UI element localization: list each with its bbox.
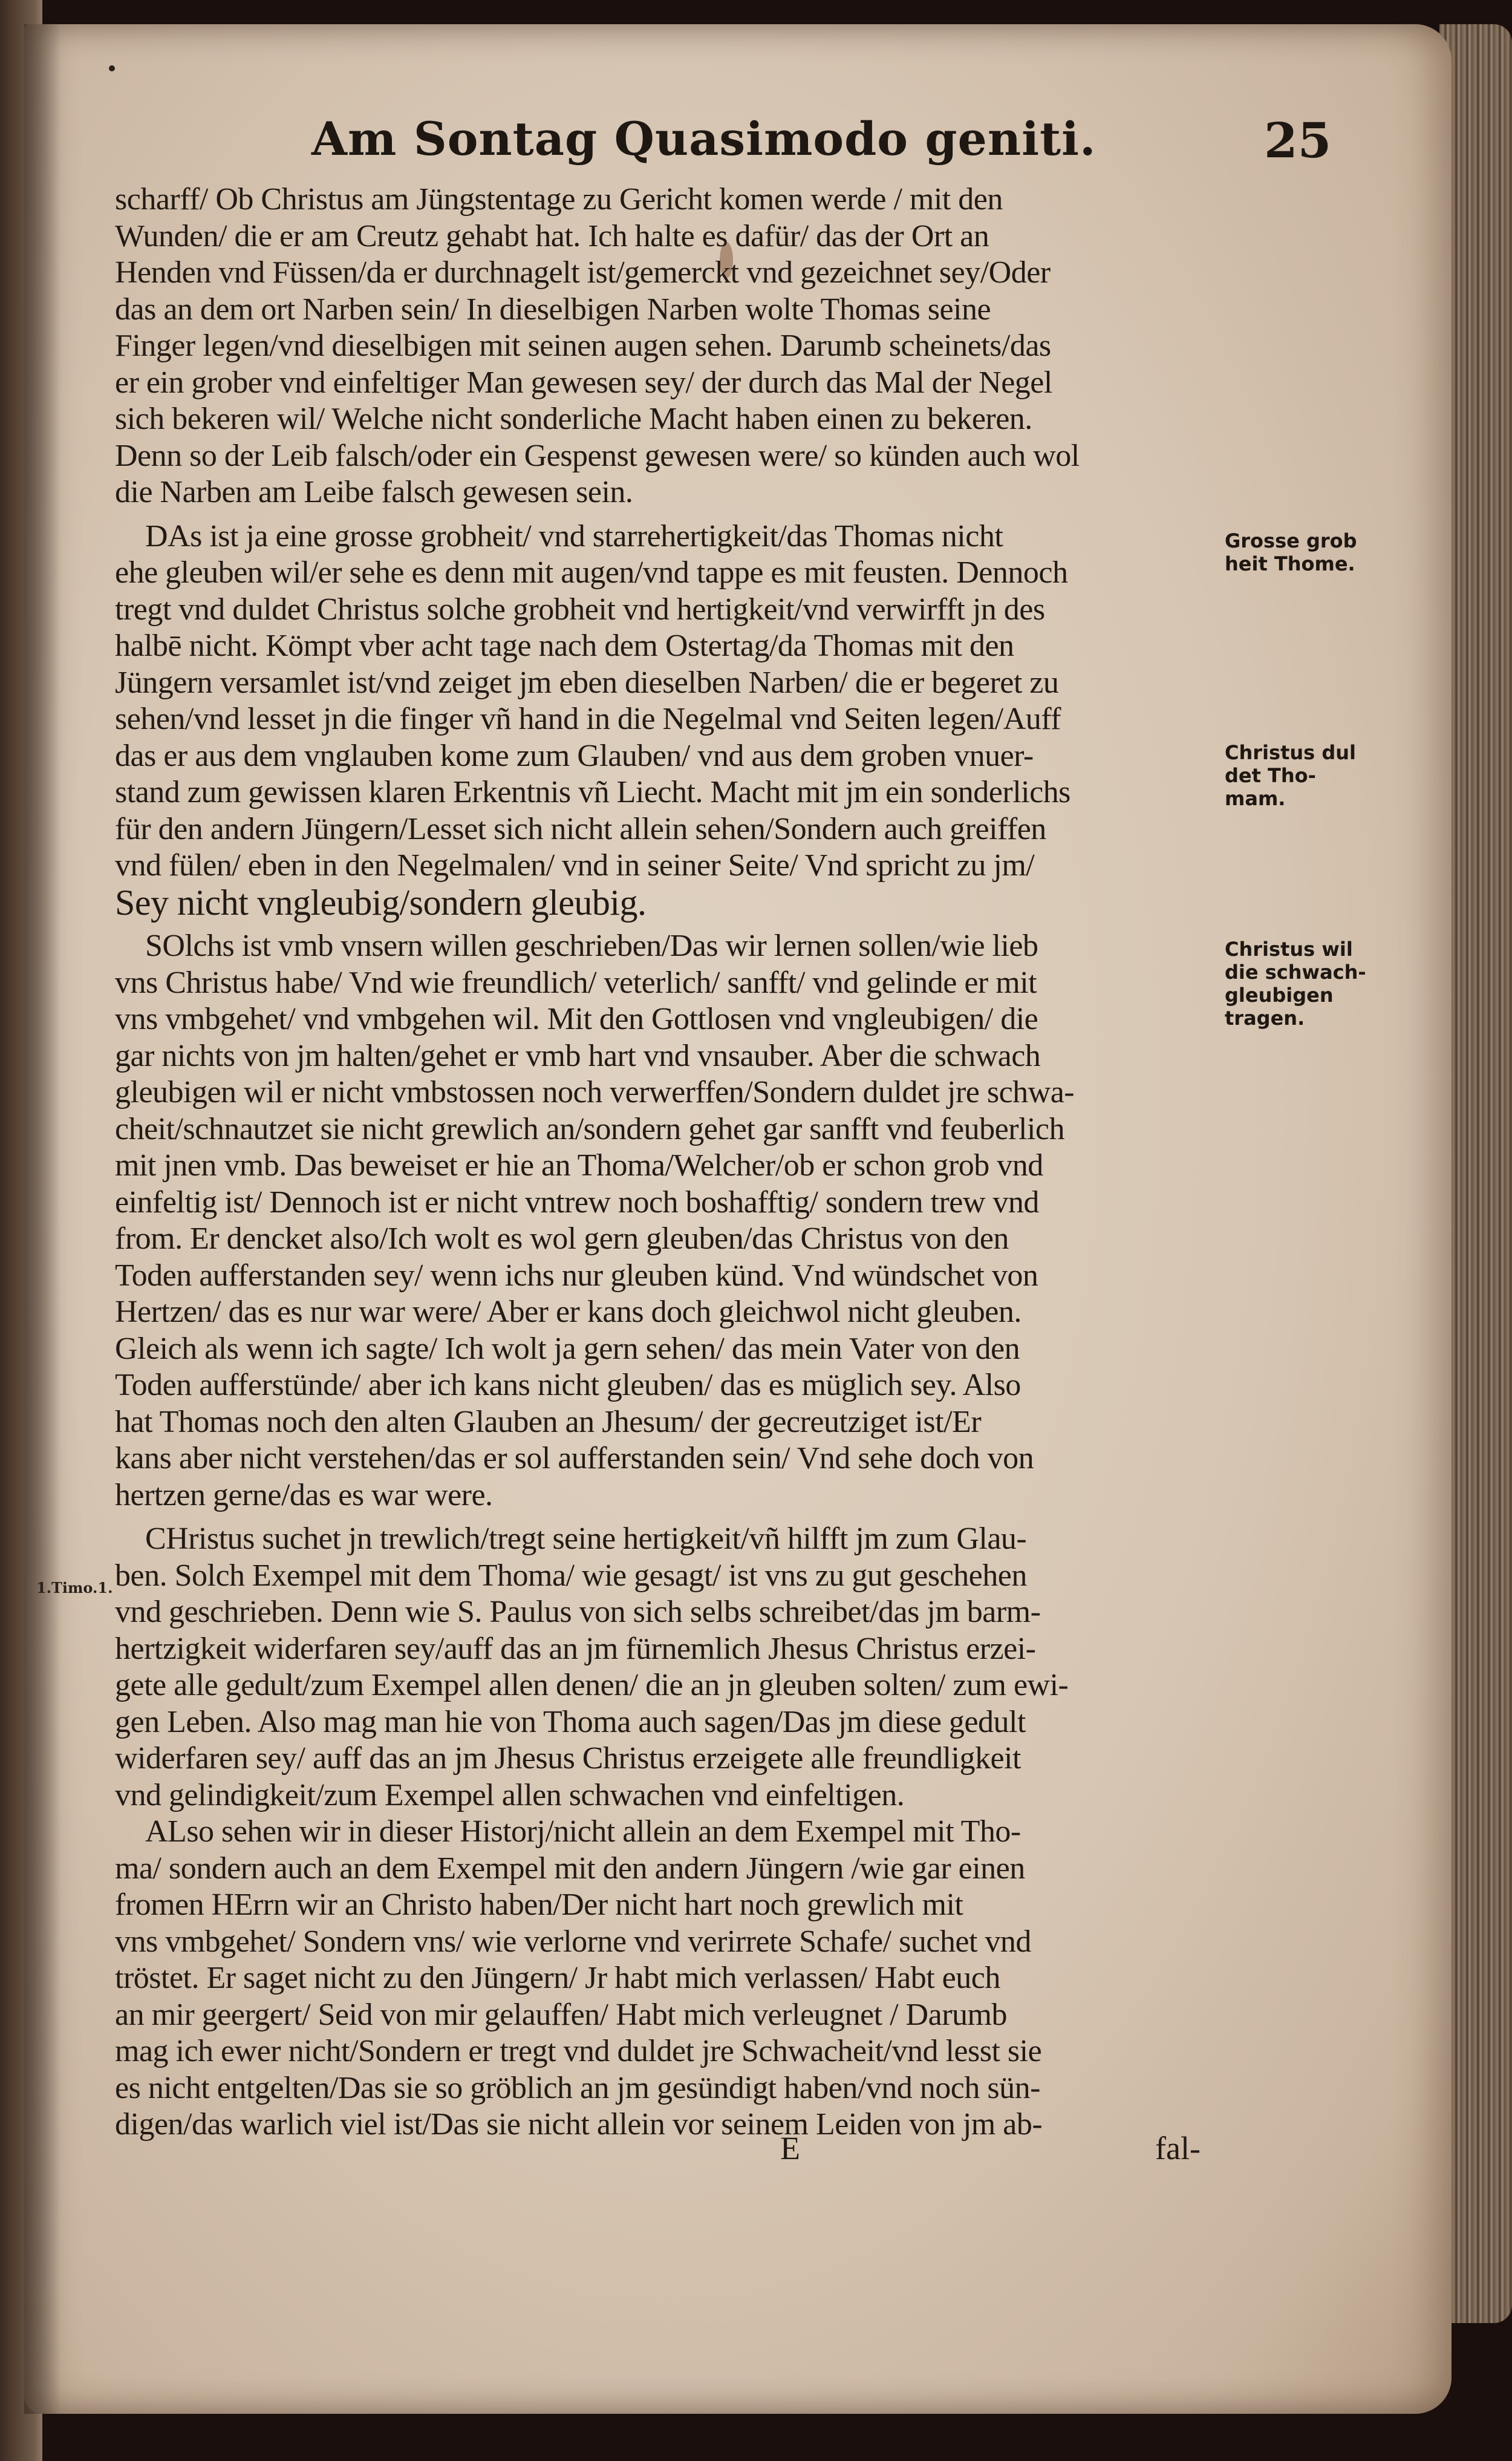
margin-note-line: mam. (1225, 787, 1388, 810)
text-line: mit jnen vmb. Das beweiset er hie an Tho… (115, 1148, 1222, 1185)
text-line: Henden vnd Füssen/da er durchnagelt ist/… (115, 255, 1222, 292)
paragraph-start-line: CHristus suchet jn trewlich/tregt seine … (115, 1521, 1222, 1558)
text-line: das er aus dem vnglauben kome zum Glaube… (115, 738, 1222, 775)
text-line: stand zum gewissen klaren Erkentnis vñ L… (115, 774, 1222, 811)
text-line: Toden aufferstünde/ aber ich kans nicht … (115, 1367, 1222, 1404)
text-line: es nicht entgelten/Das sie so gröblich a… (115, 2070, 1222, 2107)
text-line: ben. Solch Exempel mit dem Thoma/ wie ge… (115, 1558, 1222, 1595)
text-line: from. Er dencket also/Ich wolt es wol ge… (115, 1221, 1222, 1258)
margin-note-grobheit: Grosse grob heit Thome. (1225, 529, 1388, 575)
text-line: Hertzen/ das es nur war were/ Aber er ka… (115, 1294, 1222, 1331)
margin-note-line: gleubigen (1225, 984, 1388, 1007)
text-line: sich bekeren wil/ Welche nicht sonderlic… (115, 401, 1222, 438)
text-line: widerfaren sey/ auff das an jm Jhesus Ch… (115, 1740, 1222, 1777)
text-line: er ein grober vnd einfeltiger Man gewese… (115, 365, 1222, 402)
text-line: tröstet. Er saget nicht zu den Jüngern/ … (115, 1960, 1222, 1997)
text-line: vnd fülen/ eben in den Negelmalen/ vnd i… (115, 848, 1222, 884)
text-line: gar nichts von jm halten/gehet er vmb ha… (115, 1038, 1222, 1075)
text-line: hertzigkeit widerfaren sey/auff das an j… (115, 1631, 1222, 1668)
signature-mark: E (780, 2129, 800, 2167)
text-line: gleubigen wil er nicht vmbstossen noch v… (115, 1074, 1222, 1111)
margin-note-scripture-reference: 1.Timo.1. (36, 1579, 112, 1597)
catchword: fal- (1155, 2129, 1201, 2167)
page-number: 25 (1264, 112, 1331, 169)
margin-note-line: Grosse grob (1225, 529, 1388, 552)
paragraph-start-line: DAs ist ja eine grosse grobheit/ vnd sta… (115, 518, 1222, 555)
text-line: vns vmbgehet/ Sondern vns/ wie verlorne … (115, 1924, 1222, 1961)
text-line: fromen HErrn wir an Christo haben/Der ni… (115, 1887, 1222, 1924)
text-line: mag ich ewer nicht/Sondern er tregt vnd … (115, 2033, 1222, 2070)
text-line: gete alle gedult/zum Exempel allen denen… (115, 1667, 1222, 1704)
text-line: vnd geschrieben. Denn wie S. Paulus von … (115, 1594, 1222, 1631)
paragraph-gap (115, 511, 1222, 518)
text-line: scharff/ Ob Christus am Jüngstentage zu … (115, 181, 1222, 218)
text-line: das an dem ort Narben sein/ In dieselbig… (115, 292, 1222, 328)
paragraph-start-line: SOlchs ist vmb vnsern willen geschrieben… (115, 928, 1222, 965)
text-line: ma/ sondern auch an dem Exempel mit den … (115, 1851, 1222, 1887)
text-line: cheit/schnautzet sie nicht grewlich an/s… (115, 1111, 1222, 1148)
text-line: gen Leben. Also mag man hie von Thoma au… (115, 1704, 1222, 1741)
text-line: hertzen gerne/das es war were. (115, 1477, 1222, 1514)
page-header: Am Sontag Quasimodo geniti. 25 (311, 112, 1340, 178)
text-line: kans aber nicht verstehen/das er sol auf… (115, 1440, 1222, 1477)
margin-note-line: det Tho- (1225, 764, 1388, 787)
text-line: tregt vnd duldet Christus solche grobhei… (115, 592, 1222, 629)
text-line: an mir geergert/ Seid von mir gelauffen/… (115, 1997, 1222, 2034)
margin-note-christus-wil: Christus wil die schwach- gleubigen trag… (1225, 938, 1388, 1030)
margin-note-line: Christus wil (1225, 938, 1388, 961)
text-line: für den andern Jüngern/Lesset sich nicht… (115, 811, 1222, 848)
margin-note-line: heit Thome. (1225, 552, 1388, 575)
paragraph-start-line: ALso sehen wir in dieser Historj/nicht a… (115, 1814, 1222, 1851)
margin-note-line: Christus dul (1225, 741, 1388, 764)
text-line: vnd gelindigkeit/zum Exempel allen schwa… (115, 1777, 1222, 1814)
margin-note-christus-duldet: Christus dul det Tho- mam. (1225, 741, 1388, 810)
text-line-emphasis: Sey nicht vngleubig/sondern gleubig. (115, 884, 1222, 921)
text-line: die Narben am Leibe falsch gewesen sein. (115, 474, 1222, 511)
text-line: Denn so der Leib falsch/oder ein Gespens… (115, 438, 1222, 475)
margin-note-line: die schwach- (1225, 961, 1388, 984)
main-text-block: scharff/ Ob Christus am Jüngstentage zu … (115, 181, 1222, 2143)
text-line: hat Thomas noch den alten Glauben an Jhe… (115, 1404, 1222, 1441)
text-line: Toden aufferstanden sey/ wenn ichs nur g… (115, 1258, 1222, 1295)
paragraph-gap (115, 1514, 1222, 1521)
text-line: Wunden/ die er am Creutz gehabt hat. Ich… (115, 218, 1222, 255)
text-line: Finger legen/vnd dieselbigen mit seinen … (115, 328, 1222, 365)
text-line: halbē nicht. Kömpt vber acht tage nach d… (115, 628, 1222, 665)
ink-dot (109, 65, 115, 71)
text-line: Gleich als wenn ich sagte/ Ich wolt ja g… (115, 1331, 1222, 1368)
text-line: ehe gleuben wil/er sehe es denn mit auge… (115, 555, 1222, 592)
text-line: vns Christus habe/ Vnd wie freundlich/ v… (115, 965, 1222, 1002)
text-line: einfeltig ist/ Dennoch ist er nicht vntr… (115, 1185, 1222, 1221)
text-line: digen/das warlich viel ist/Das sie nicht… (115, 2106, 1222, 2143)
running-head: Am Sontag Quasimodo geniti. (311, 112, 1096, 166)
gutter-shadow (24, 24, 60, 2414)
margin-note-line: tragen. (1225, 1007, 1388, 1030)
text-line: vns vmbgehet/ vnd vmbgehen wil. Mit den … (115, 1001, 1222, 1038)
text-line: Jüngern versamlet ist/vnd zeiget jm eben… (115, 665, 1222, 702)
text-line: sehen/vnd lesset jn die finger vñ hand i… (115, 701, 1222, 738)
